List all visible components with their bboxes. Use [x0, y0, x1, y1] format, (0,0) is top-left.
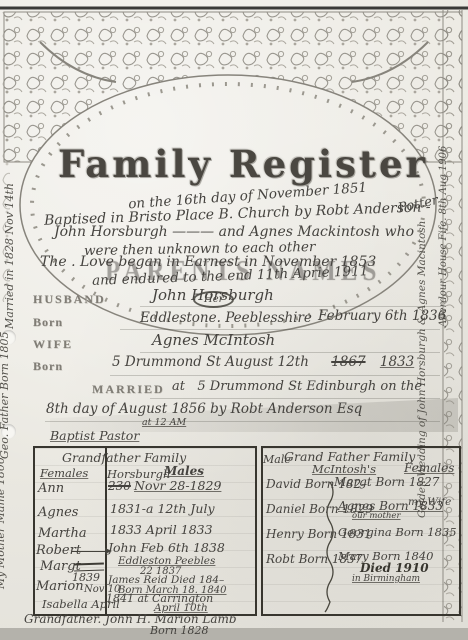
married-date-line: 8th day of August 1856 by Robt Anderson … — [46, 401, 362, 417]
left-col-females: Females — [40, 466, 88, 480]
relative-note-2: our mother — [352, 511, 401, 521]
relative-female-died: Died 1910 — [360, 561, 429, 575]
rule-line — [110, 375, 440, 376]
wife-name: Agnes McIntosh — [152, 331, 275, 349]
relative-female: Georgina Born 1835 — [338, 525, 457, 539]
rule-line — [150, 398, 440, 399]
wife-birth-year: 1833 — [380, 354, 414, 370]
married-time-note: at 12 AM — [142, 417, 186, 428]
margin-note-right-outer: Aberdour House Fife. 8th Aug 1906 — [438, 146, 449, 327]
child-name: Ann — [38, 481, 64, 496]
husband-birthplace: Eddlestone. Peeblesshire — [140, 310, 312, 326]
left-table-header: Grandfather Family — [62, 450, 186, 465]
married-officiant: Baptist Pastor — [50, 428, 139, 443]
husband-born-label: Born — [33, 315, 63, 330]
child-entry: John Feb 6th 1838 — [108, 540, 225, 555]
footer-grandfather-note-2: Born 1828 — [150, 624, 209, 637]
married-label: MARRIED — [92, 382, 165, 397]
child-entry: Novr 28-1829 — [134, 478, 221, 493]
child-entry: 1833 April 1833 — [110, 522, 213, 537]
right-table-subheader: McIntosh's — [312, 462, 376, 476]
page-title: Family Register — [58, 142, 428, 186]
relative-female-place: in Birmingham — [352, 574, 420, 584]
relative-female: Margt Born 1827 — [334, 475, 439, 489]
wife-birth-struck-year: 1867 — [331, 354, 365, 370]
rule-line — [45, 421, 440, 422]
rule-line — [140, 306, 440, 307]
child-name: Agnes — [38, 505, 78, 520]
wife-birth-prefix: 5 Drummond St August 12th — [112, 354, 309, 370]
margin-note-left-middle: Geo. Father Born 1805 — [0, 332, 11, 459]
husband-birthdate: February 6th 1836 — [318, 308, 446, 324]
child-name: Martha — [38, 526, 87, 541]
husband-name: John Horsburgh — [152, 286, 274, 304]
intro-names-line: John Horsburgh ——— and Agnes Mackintosh … — [54, 224, 414, 240]
child-name: Marion — [36, 579, 84, 594]
relative-note: my Wife — [408, 496, 451, 508]
margin-note-left-top: Married in 1828 Nov 14th — [3, 183, 16, 329]
wife-label: WIFE — [33, 337, 73, 352]
wife-born-label: Born — [33, 359, 63, 374]
right-col-male: Male — [263, 453, 291, 466]
married-place-line: at 5 Drummond St Edinburgh on the — [172, 379, 422, 394]
wife-birth-line: 5 Drummond St August 12th 1867 1833 — [112, 354, 414, 370]
struck-number: 230 — [108, 479, 131, 493]
arrow-right-icon — [72, 551, 106, 552]
rule-line — [140, 352, 440, 353]
family-register-scan: Married in 1828 Nov 14th Geo. Father Bor… — [0, 0, 468, 640]
right-col-females: Females — [404, 461, 454, 475]
husband-label: HUSBAND — [33, 292, 106, 307]
child-entry: 1831-a 12th July — [110, 501, 215, 516]
margin-note-left-bottom: My Mother Mame 1800 — [0, 457, 7, 589]
rule-line — [120, 329, 440, 330]
left-col-males: Males — [164, 464, 204, 478]
